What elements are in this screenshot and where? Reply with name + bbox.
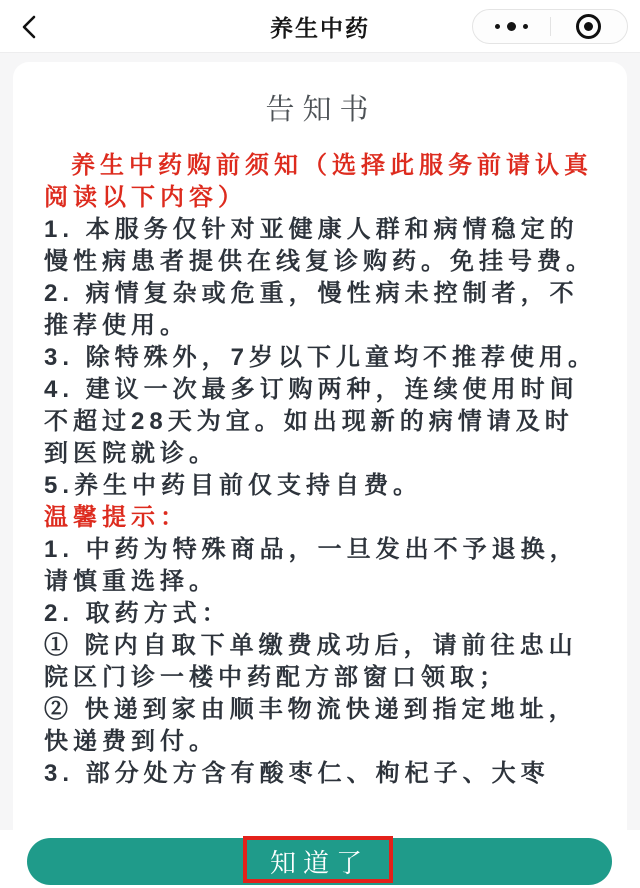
three-dots-icon [495, 22, 528, 31]
tip-item: ① 院内自取下单缴费成功后，请前往忠山院区门诊一楼中药配方部窗口领取； [44, 630, 598, 694]
bottom-action-bar: 知道了 [0, 830, 640, 888]
notice-item: 2. 病情复杂或危重，慢性病未控制者，不推荐使用。 [44, 278, 598, 342]
close-miniprogram-button[interactable] [551, 10, 628, 43]
wechat-capsule [472, 9, 628, 44]
notice-item: 1. 本服务仅针对亚健康人群和病情稳定的慢性病患者提供在线复诊购药。免挂号费。 [44, 214, 598, 278]
notice-item: 5.养生中药目前仅支持自费。 [44, 470, 598, 502]
tips-heading: 温馨提示： [44, 502, 598, 534]
notice-card: 告知书 养生中药购前须知（选择此服务前请认真阅读以下内容） 1. 本服务仅针对亚… [13, 62, 627, 888]
warning-heading: 养生中药购前须知（选择此服务前请认真阅读以下内容） [44, 150, 598, 214]
miniprogram-screen: 养生中药 告知书 养生中药购前须知（选择此服务前请认真阅读以下内容） 1. 本服… [0, 0, 640, 888]
notice-item: 4. 建议一次最多订购两种，连续使用时间不超过28天为宜。如出现新的病情请及时到… [44, 374, 598, 470]
notice-title: 告知书 [44, 90, 598, 130]
record-circle-icon [576, 14, 601, 39]
tip-item: ② 快递到家由顺丰物流快递到指定地址，快递费到付。 [44, 694, 598, 758]
confirm-button[interactable]: 知道了 [27, 838, 612, 885]
tip-item: 1. 中药为特殊商品，一旦发出不予退换，请慎重选择。 [44, 534, 598, 598]
tip-item: 3. 部分处方含有酸枣仁、枸杞子、大枣 [44, 758, 598, 790]
tip-item: 2. 取药方式： [44, 598, 598, 630]
more-menu-button[interactable] [473, 10, 550, 43]
notice-item: 3. 除特殊外，7岁以下儿童均不推荐使用。 [44, 342, 598, 374]
navbar: 养生中药 [0, 0, 640, 53]
